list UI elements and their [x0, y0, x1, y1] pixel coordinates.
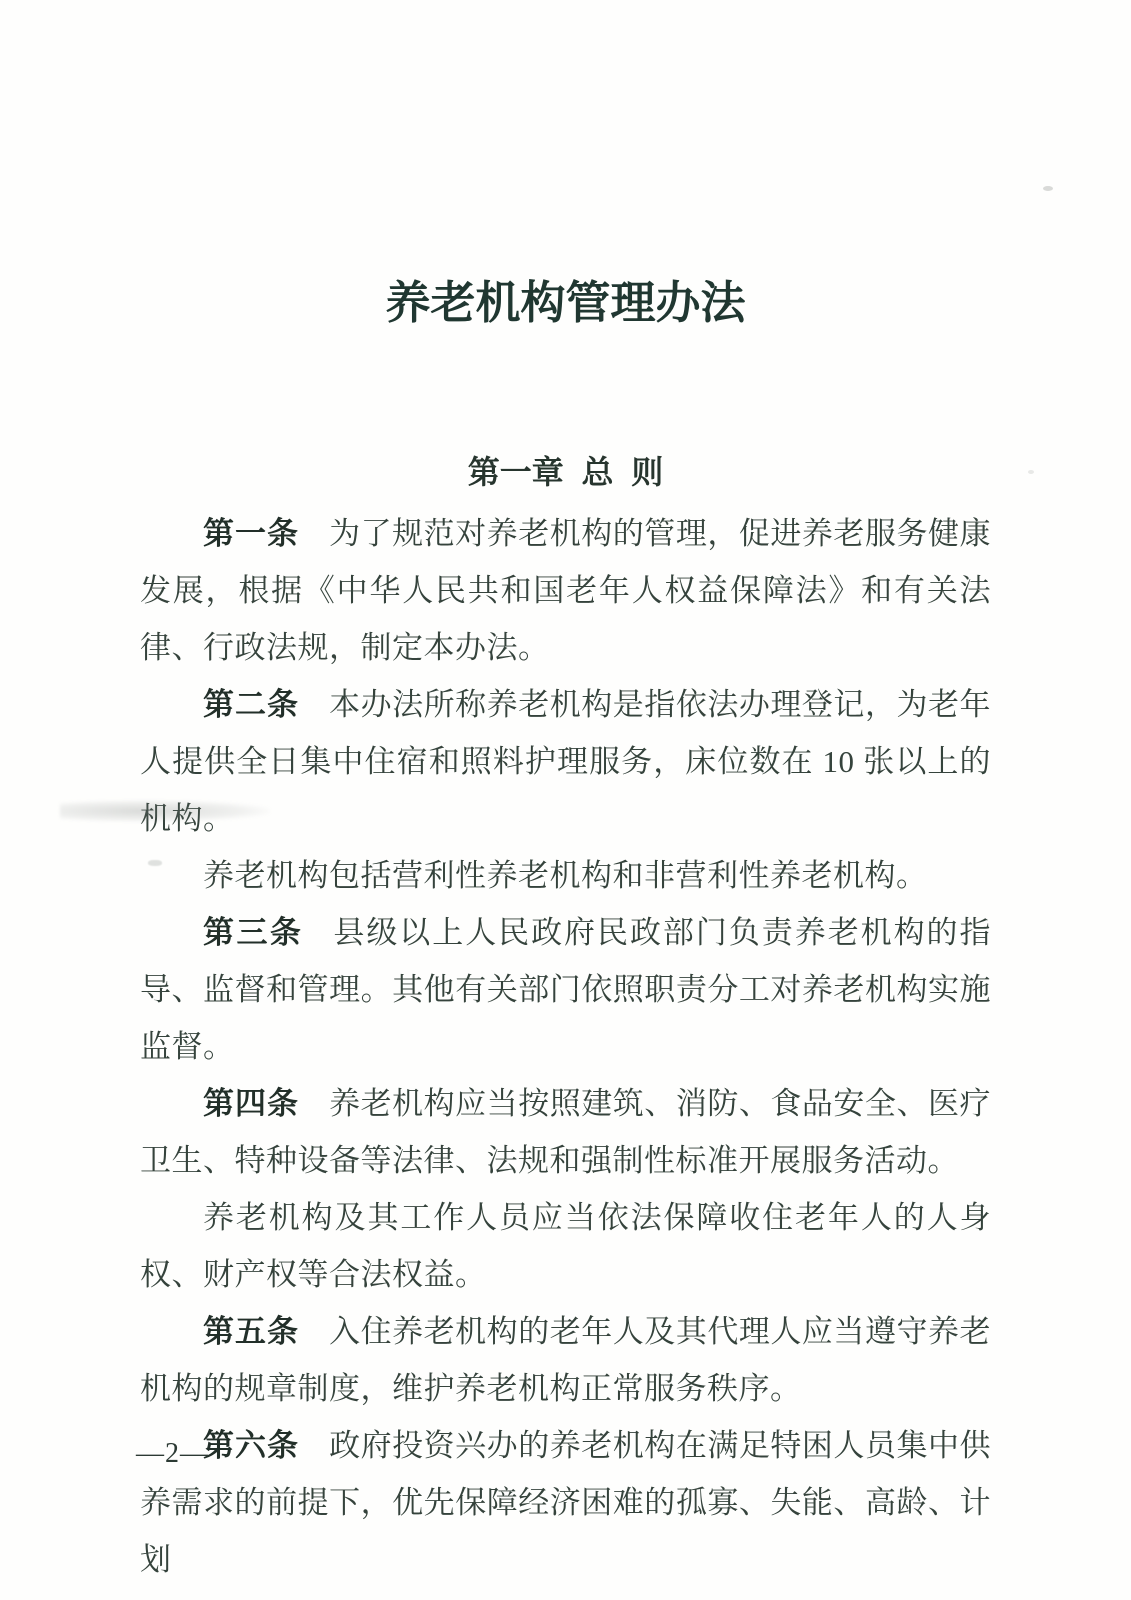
article-1-label: 第一条	[203, 516, 299, 551]
article-3-label: 第三条	[203, 915, 303, 950]
paragraph-article-1: 第一条为了规范对养老机构的管理，促进养老服务健康发展，根据《中华人民共和国老年人…	[140, 505, 991, 676]
paragraph-article-3: 第三条县级以上人民政府民政部门负责养老机构的指导、监督和管理。其他有关部门依照职…	[140, 904, 991, 1075]
paragraph-article-2: 第二条本办法所称养老机构是指依法办理登记，为老年人提供全日集中住宿和照料护理服务…	[140, 676, 991, 847]
article-5-label: 第五条	[203, 1314, 299, 1349]
document-title: 养老机构管理办法	[0, 272, 1131, 334]
article-2b-text: 养老机构包括营利性养老机构和非营利性养老机构。	[203, 858, 928, 893]
paragraph-article-6: 第六条政府投资兴办的养老机构在满足特困人员集中供养需求的前提下，优先保障经济困难…	[140, 1417, 991, 1588]
chapter-heading: 第一章 总 则	[0, 450, 1131, 494]
article-4-label: 第四条	[203, 1086, 299, 1121]
scan-speck	[1043, 186, 1053, 191]
paragraph-article-2-continuation: 养老机构包括营利性养老机构和非营利性养老机构。	[140, 847, 991, 904]
page-number: —2—	[136, 1438, 209, 1470]
paragraph-article-5: 第五条入住养老机构的老年人及其代理人应当遵守养老机构的规章制度，维护养老机构正常…	[140, 1303, 991, 1417]
scanned-document-page: 养老机构管理办法 第一章 总 则 第一条为了规范对养老机构的管理，促进养老服务健…	[0, 0, 1131, 1600]
document-body: 第一条为了规范对养老机构的管理，促进养老服务健康发展，根据《中华人民共和国老年人…	[140, 505, 991, 1588]
paragraph-article-4-continuation: 养老机构及其工作人员应当依法保障收住老年人的人身权、财产权等合法权益。	[140, 1189, 991, 1303]
article-4b-text: 养老机构及其工作人员应当依法保障收住老年人的人身权、财产权等合法权益。	[140, 1200, 991, 1292]
article-6-label: 第六条	[203, 1428, 299, 1463]
article-2-label: 第二条	[203, 687, 299, 722]
paragraph-article-4: 第四条养老机构应当按照建筑、消防、食品安全、医疗卫生、特种设备等法律、法规和强制…	[140, 1075, 991, 1189]
